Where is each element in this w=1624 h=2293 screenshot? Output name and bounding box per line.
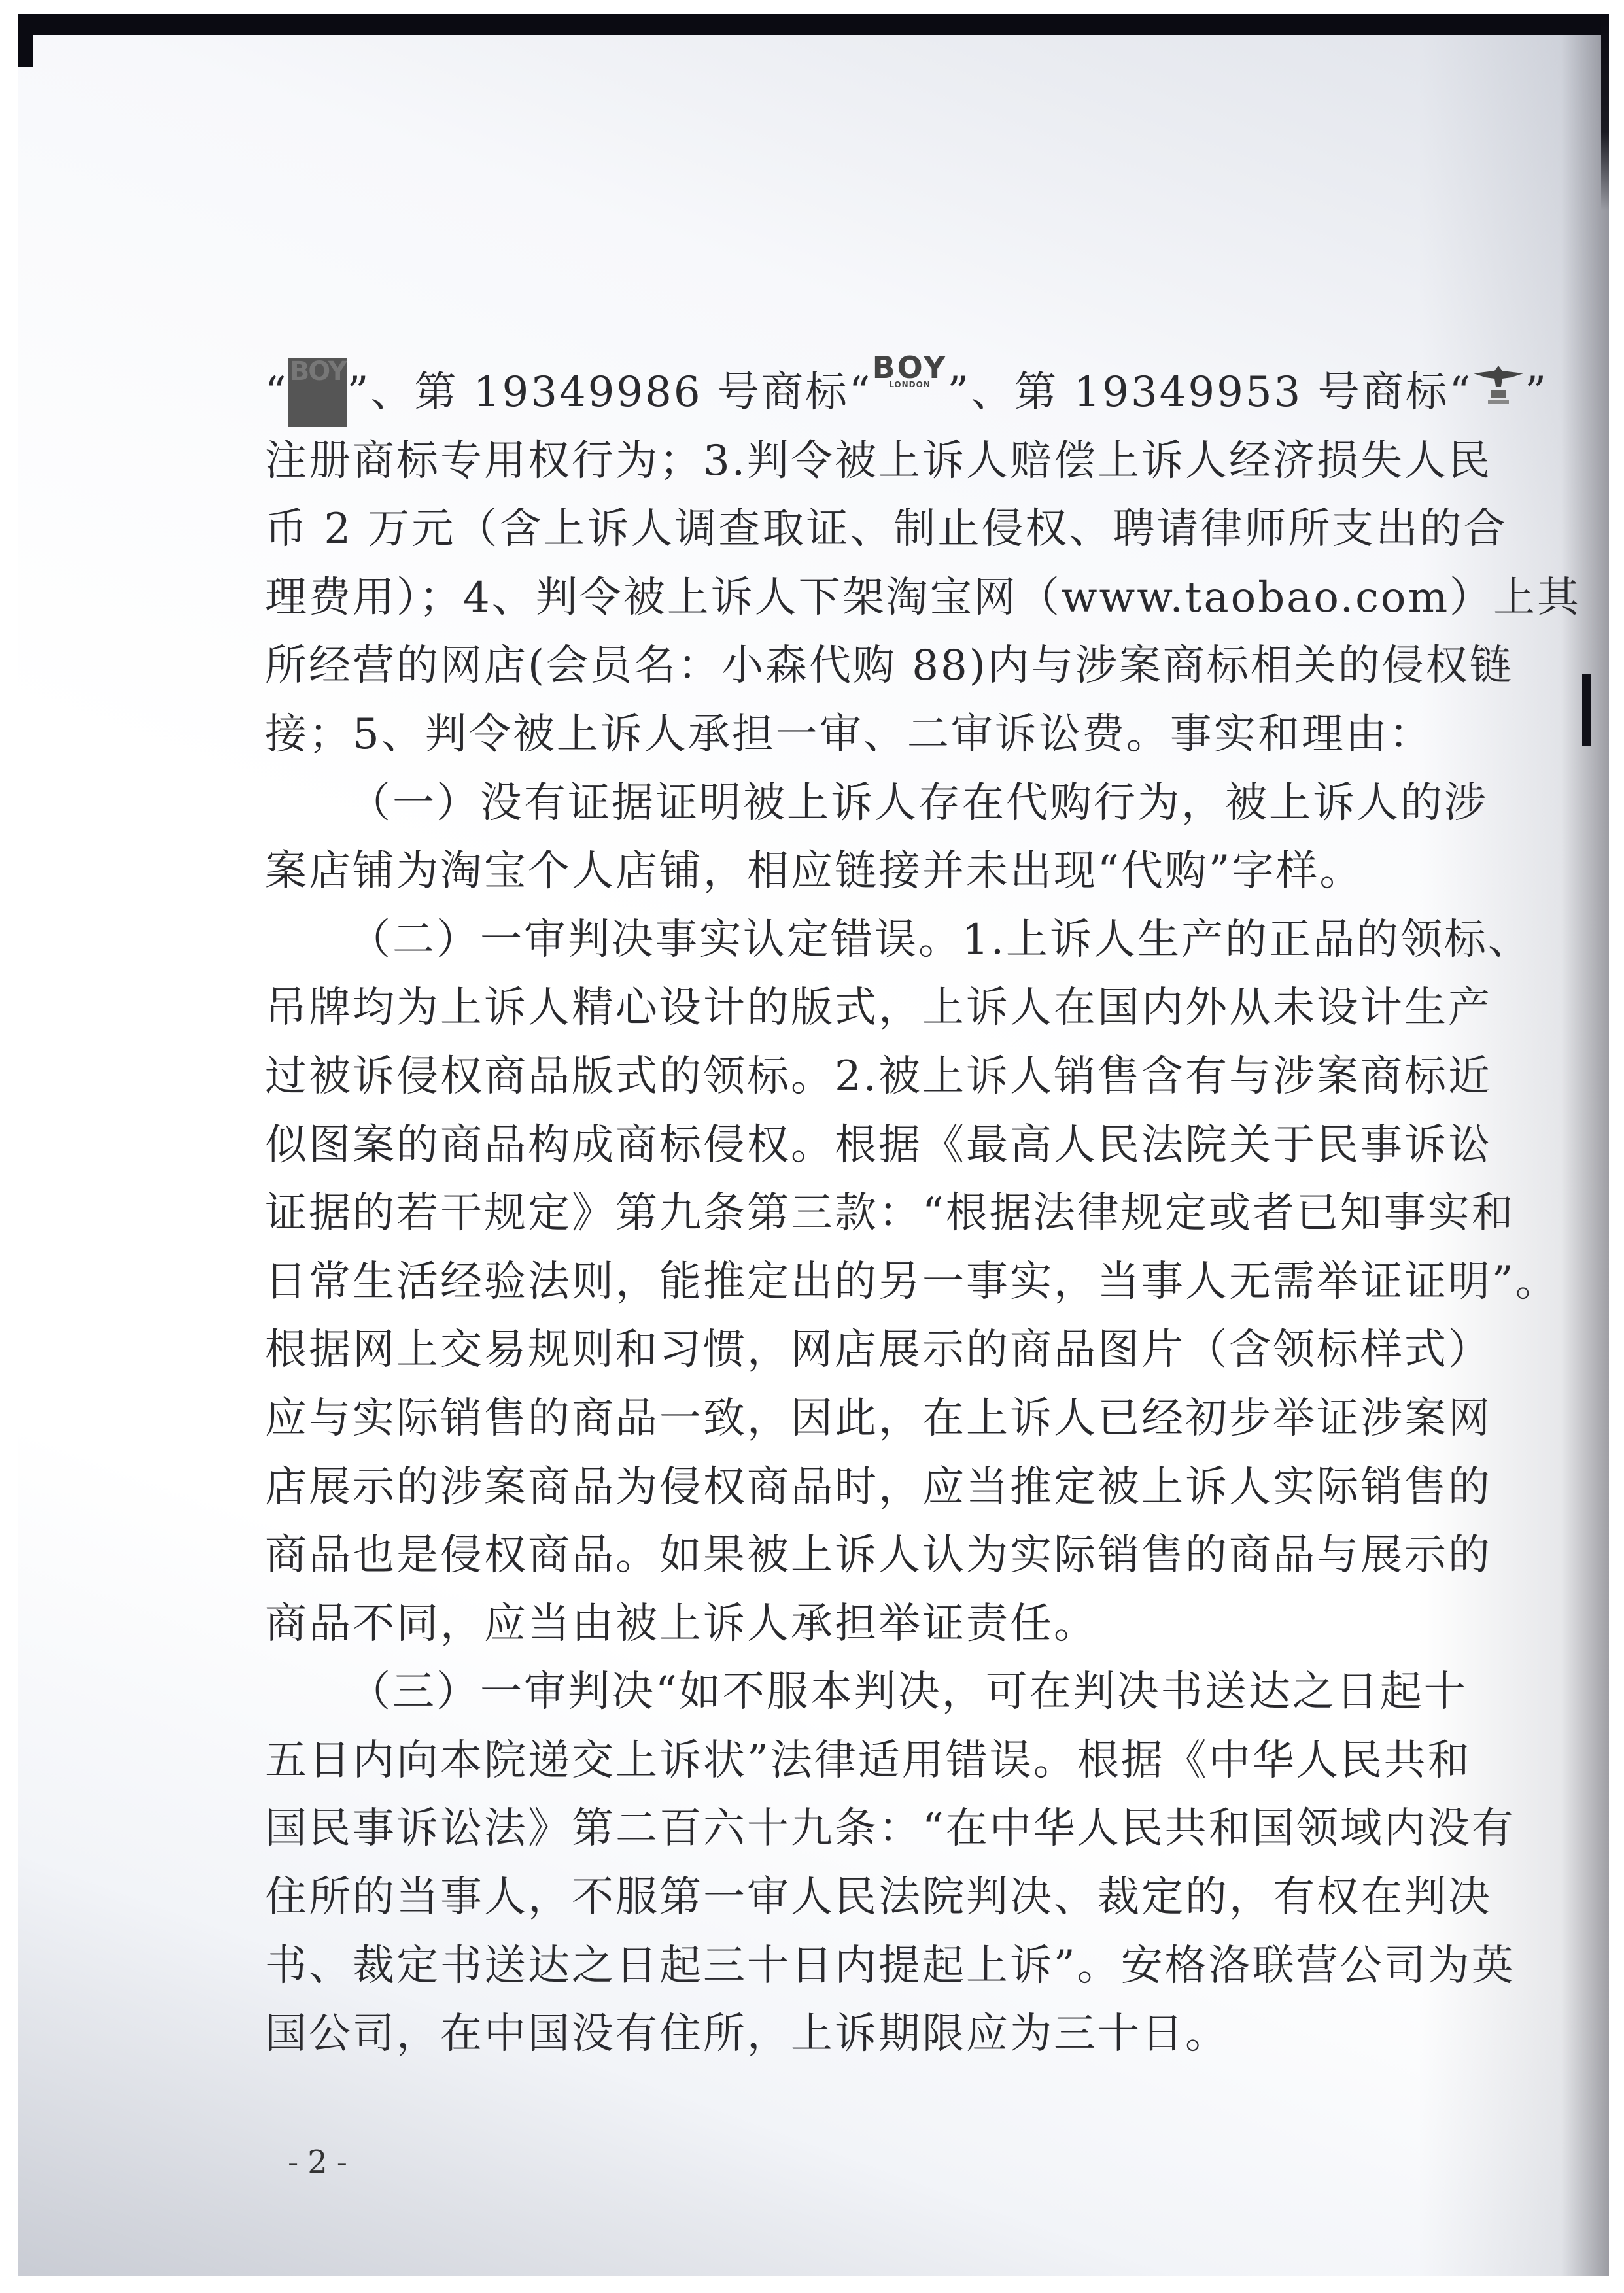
- text-line: 注册商标专用权行为；3.判令被上诉人赔偿上诉人经济损失人民: [265, 427, 1462, 496]
- scan-edge-mark: [1582, 674, 1591, 746]
- text-line: 证据的若干规定》第九条第三款：“根据法律规定或者已知事实和: [265, 1179, 1462, 1248]
- text-line: 应与实际销售的商品一致，因此，在上诉人已经初步举证涉案网: [265, 1385, 1462, 1453]
- text-line: 五日内向本院递交上诉状”法律适用错误。根据《中华人民共和: [265, 1727, 1462, 1795]
- trademark-eagle-emblem-icon: [1472, 362, 1525, 408]
- page-number: -2-: [288, 2144, 356, 2181]
- text-line: 似图案的商品构成商标侵权。根据《最高人民法院关于民事诉讼: [265, 1111, 1462, 1180]
- text-line: 国公司，在中国没有住所，上诉期限应为三十日。: [265, 2000, 1462, 2069]
- paragraph-heading-2: （二）一审判决事实认定错误。1.上诉人生产的正品的领标、: [265, 906, 1462, 974]
- paragraph-heading-1: （一）没有证据证明被上诉人存在代购行为，被上诉人的涉: [265, 769, 1462, 838]
- scan-border-left: [18, 14, 33, 67]
- text-line: 吊牌均为上诉人精心设计的版式，上诉人在国内外从未设计生产: [265, 974, 1462, 1043]
- scan-border-right: [1601, 14, 1609, 211]
- scan-border-top: [18, 14, 1609, 35]
- text-line: 店展示的涉案商品为侵权商品时，应当推定被上诉人实际销售的: [265, 1453, 1462, 1522]
- trademark-boy-london-logo-icon: BOYLONDON: [872, 354, 948, 423]
- text-segment: ”: [1525, 358, 1548, 427]
- paragraph-heading-3: （三）一审判决“如不服本判决，可在判决书送达之日起十: [265, 1658, 1462, 1727]
- text-line: “ BOY ”、第 19349986 号商标“ BOYLONDON ”、第 19…: [265, 358, 1462, 427]
- trademark-boy-logo-icon: BOY: [288, 358, 347, 427]
- text-segment: ”、第 19349986 号商标“: [347, 358, 872, 427]
- text-line: 理费用）；4、判令被上诉人下架淘宝网（www.taobao.com）上其: [265, 564, 1462, 632]
- text-line: 币 2 万元（含上诉人调查取证、制止侵权、聘请律师所支出的合: [265, 495, 1462, 564]
- text-line: 商品也是侵权商品。如果被上诉人认为实际销售的商品与展示的: [265, 1521, 1462, 1590]
- text-line: 书、裁定书送达之日起三十日内提起上诉”。安格洛联营公司为英: [265, 1932, 1462, 2001]
- text-line: 住所的当事人，不服第一审人民法院判决、裁定的，有权在判决: [265, 1863, 1462, 1932]
- text-line: 案店铺为淘宝个人店铺，相应链接并未出现“代购”字样。: [265, 837, 1462, 906]
- text-line: 商品不同，应当由被上诉人承担举证责任。: [265, 1590, 1462, 1659]
- text-line: 根据网上交易规则和习惯，网店展示的商品图片（含领标样式）: [265, 1316, 1462, 1385]
- document-body: “ BOY ”、第 19349986 号商标“ BOYLONDON ”、第 19…: [265, 358, 1462, 2069]
- text-segment: ”、第 19349953 号商标“: [947, 358, 1472, 427]
- text-line: 接；5、判令被上诉人承担一审、二审诉讼费。事实和理由：: [265, 700, 1462, 769]
- text-line: 过被诉侵权商品版式的领标。2.被上诉人销售含有与涉案商标近: [265, 1043, 1462, 1111]
- text-line: 所经营的网店(会员名：小森代购 88)内与涉案商标相关的侵权链: [265, 632, 1462, 700]
- text-line: 国民事诉讼法》第二百六十九条：“在中华人民共和国领域内没有: [265, 1795, 1462, 1863]
- text-line: 日常生活经验法则，能推定出的另一事实，当事人无需举证证明”。: [265, 1248, 1462, 1317]
- text-segment: “: [265, 358, 288, 427]
